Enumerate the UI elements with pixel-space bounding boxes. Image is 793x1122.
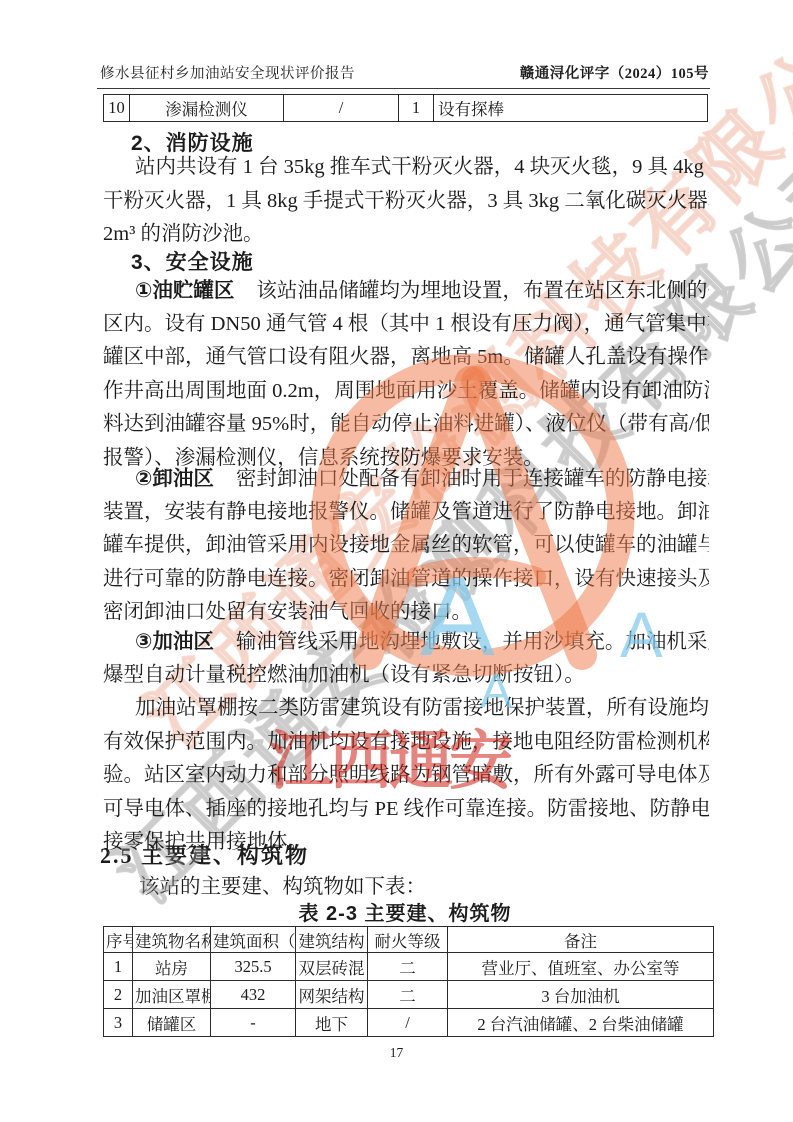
paragraph-tank-area: ①油贮罐区该站油品储罐均为埋地设置，布置在站区东北侧的储罐 区内。设有 DN50… <box>103 274 709 475</box>
cell-fire-rating: 二 <box>368 953 448 981</box>
text-line: 干粉灭火器，1 具 8kg 手提式干粉灭火器，3 具 3kg 二氧化碳灭火器和 … <box>103 185 709 219</box>
text-line: ②卸油区密封卸油口处配备有卸油时用于连接罐车的防静电接地 <box>103 462 709 496</box>
text-line: 料达到油罐容量 95%时，能自动停止油料进罐）、液位仪（带有高/低液位 <box>103 408 709 442</box>
cell-structure: 网架结构 <box>296 981 368 1009</box>
cell-seq: 3 <box>104 1009 133 1037</box>
text-line: 作井高出周围地面 0.2m，周围地面用沙土覆盖。储罐内设有卸油防溢阀（油 <box>103 375 709 409</box>
cell-remark: 2 台汽油储罐、2 台柴油储罐 <box>448 1009 714 1037</box>
cell-area: 325.5 <box>211 953 296 981</box>
text-line: 区内。设有 DN50 通气管 4 根（其中 1 根设有压力阀），通气管集中布置在 <box>103 308 709 342</box>
table-row: 10 渗漏检测仪 / 1 设有探棒 <box>104 95 708 122</box>
text-line: 密封卸油口处配备有卸油时用于连接罐车的防静电接地 <box>236 468 709 490</box>
col-header-area: 建筑面积（m²） <box>211 927 296 953</box>
col-header-remark: 备注 <box>448 927 714 953</box>
text-line: 进行可靠的防静电连接。密闭卸油管道的操作接口，设有快速接头及闷盖。 <box>103 563 709 597</box>
text-line: 站内共设有 1 台 35kg 推车式干粉灭火器，4 块灭火毯，9 具 4kg 手… <box>103 151 709 185</box>
col-header-seq: 序号 <box>104 927 133 953</box>
item-label: ①油贮罐区 <box>135 279 234 302</box>
cell-structure: 地下 <box>296 1009 368 1037</box>
cell-remark: 3 台加油机 <box>448 981 714 1009</box>
table-caption: 表 2-3 主要建、构筑物 <box>103 897 707 926</box>
text-line: ①油贮罐区该站油品储罐均为埋地设置，布置在站区东北侧的储罐 <box>103 274 709 308</box>
page-number: 17 <box>0 1045 793 1061</box>
cell-name: 储罐区 <box>133 1009 211 1037</box>
text-line: 验。站区室内动力和部分照明线路为钢管暗敷，所有外露可导电体及装置外 <box>103 759 709 793</box>
buildings-intro-text: 该站的主要建、构筑物如下表： <box>139 869 426 899</box>
table-cell-remark: 设有探棒 <box>434 95 708 122</box>
header-report-title: 修水县征村乡加油站安全现状评价报告 <box>100 62 355 83</box>
col-header-name: 建筑物名称 <box>133 927 211 953</box>
text-line: 接零保护共用接地体。 <box>103 826 709 860</box>
text-line: 爆型自动计量税控燃油加油机（设有紧急切断按钮）。 <box>103 659 709 693</box>
buildings-table: 序号 建筑物名称 建筑面积（m²） 建筑结构 耐火等级 备注 1 站房 325.… <box>103 926 714 1037</box>
paragraph-fueling-area: ③加油区输油管线采用地沟埋地敷设，并用沙填充。加油机采用隔 爆型自动计量税控燃油… <box>103 625 709 692</box>
paragraph-fire: 站内共设有 1 台 35kg 推车式干粉灭火器，4 块灭火毯，9 具 4kg 手… <box>103 151 709 252</box>
cell-structure: 双层砖混 <box>296 953 368 981</box>
cell-area: 432 <box>211 981 296 1009</box>
table-row: 2 加油区罩棚 432 网架结构 二 3 台加油机 <box>104 981 714 1009</box>
table-cell-seq: 10 <box>104 95 130 122</box>
item-label: ②卸油区 <box>135 467 214 490</box>
text-line: 输油管线采用地沟埋地敷设，并用沙填充。加油机采用隔 <box>236 631 709 653</box>
cell-name: 站房 <box>133 953 211 981</box>
equipment-table: 10 渗漏检测仪 / 1 设有探棒 <box>103 94 708 122</box>
paragraph-lightning-protection: 加油站罩棚按二类防雷建筑设有防雷接地保护装置，所有设施均在防雷 有效保护范围内。… <box>103 692 709 860</box>
cell-area: - <box>211 1009 296 1037</box>
col-header-structure: 建筑结构 <box>296 927 368 953</box>
text-line: 该站油品储罐均为埋地设置，布置在站区东北侧的储罐 <box>256 280 709 302</box>
paragraph-unloading-area: ②卸油区密封卸油口处配备有卸油时用于连接罐车的防静电接地 装置，安装有静电接地报… <box>103 462 709 630</box>
item-label: ③加油区 <box>135 630 214 653</box>
cell-fire-rating: 二 <box>368 981 448 1009</box>
text-line: 有效保护范围内。加油机均设有接地设施，接地电阻经防雷检测机构检测检 <box>103 726 709 760</box>
cell-name: 加油区罩棚 <box>133 981 211 1009</box>
text-line: 罐区中部，通气管口设有阻火器，离地高 5m。储罐人孔盖设有操作井，操 <box>103 341 709 375</box>
cell-seq: 1 <box>104 953 133 981</box>
table-row: 3 储罐区 - 地下 / 2 台汽油储罐、2 台柴油储罐 <box>104 1009 714 1037</box>
document-page: 江西通安检测科技有限公司 江西通安检测科技有限公司 修水县征村乡加油站安全现状评… <box>0 0 793 1122</box>
table-cell-spec: / <box>284 95 399 122</box>
cell-remark: 营业厅、值班室、办公室等 <box>448 953 714 981</box>
header-rule <box>97 88 710 89</box>
table-header-row: 序号 建筑物名称 建筑面积（m²） 建筑结构 耐火等级 备注 <box>104 927 714 953</box>
text-line: ③加油区输油管线采用地沟埋地敷设，并用沙填充。加油机采用隔 <box>103 625 709 659</box>
table-cell-qty: 1 <box>399 95 434 122</box>
cell-seq: 2 <box>104 981 133 1009</box>
text-line: 可导电体、插座的接地孔均与 PE 线作可靠连接。防雷接地、防静电接地和 <box>103 793 709 827</box>
table-row: 1 站房 325.5 双层砖混 二 营业厅、值班室、办公室等 <box>104 953 714 981</box>
text-line: 装置，安装有静电接地报警仪。储罐及管道进行了防静电接地。卸油管由油 <box>103 496 709 530</box>
text-line: 加油站罩棚按二类防雷建筑设有防雷接地保护装置，所有设施均在防雷 <box>103 692 709 726</box>
table-cell-name: 渗漏检测仪 <box>130 95 284 122</box>
cell-fire-rating: / <box>368 1009 448 1037</box>
header-document-number: 赣通浔化评字（2024）105号 <box>520 62 709 83</box>
text-line: 罐车提供，卸油管采用内设接地金属丝的软管，可以使罐车的油罐与贮油罐 <box>103 529 709 563</box>
col-header-fire-rating: 耐火等级 <box>368 927 448 953</box>
text-line: 2m³ 的消防沙池。 <box>103 218 709 252</box>
